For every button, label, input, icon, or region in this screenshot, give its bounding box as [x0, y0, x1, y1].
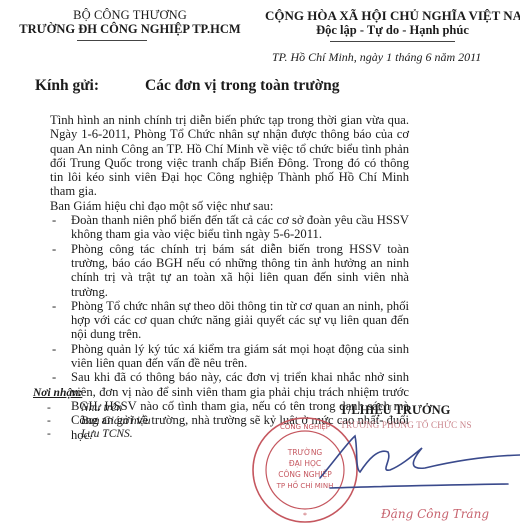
bullet-dash: - [52, 242, 56, 256]
directive-item: -Phòng công tác chính trị bám sát diễn b… [50, 242, 409, 299]
signer-name: Đặng Công Tráng [381, 507, 489, 521]
directive-item: -Đoàn thanh niên phổ biến đến tất cả các… [50, 213, 409, 242]
recipients-block: Nơi nhận: -Như trên -Ban Giám hiệu -Lưu … [33, 387, 151, 441]
handwritten-signature-icon [300, 430, 520, 510]
national-header: CỘNG HÒA XÃ HỘI CHỦ NGHĨA VIỆT NAM Độc l… [265, 8, 520, 42]
header-left-divider [77, 40, 147, 41]
recipient-item: -Lưu TCNS. [47, 428, 151, 441]
svg-text:*: * [303, 511, 307, 520]
directive-item: -Phòng Tổ chức nhân sự theo dõi thông ti… [50, 299, 409, 342]
bullet-dash: - [52, 342, 56, 356]
addressee-line: Kính gửi:Các đơn vị trong toàn trường [35, 77, 340, 95]
school-name: TRƯỜNG ĐH CÔNG NGHIỆP TP.HCM [0, 22, 260, 37]
recipient-item: -Như trên [47, 402, 151, 415]
ministry-name: BỘ CÔNG THƯƠNG [0, 8, 260, 22]
addressee-value: Các đơn vị trong toàn trường [145, 77, 340, 94]
national-motto: Độc lập - Tự do - Hạnh phúc [265, 23, 520, 38]
document-date: TP. Hồ Chí Minh, ngày 1 tháng 6 năm 2011 [272, 50, 481, 65]
recipient-item: -Ban Giám hiệu [47, 415, 151, 428]
republic-title: CỘNG HÒA XÃ HỘI CHỦ NGHĨA VIỆT NAM [265, 8, 520, 23]
directive-item: -Phòng quản lý ký túc xá kiểm tra giám s… [50, 342, 409, 371]
recipients-title: Nơi nhận: [33, 387, 151, 399]
bullet-dash: - [52, 299, 56, 313]
issuer-header: BỘ CÔNG THƯƠNG TRƯỜNG ĐH CÔNG NGHIỆP TP.… [0, 8, 260, 41]
document-page: BỘ CÔNG THƯƠNG TRƯỜNG ĐH CÔNG NGHIỆP TP.… [0, 0, 520, 527]
bullet-dash: - [52, 370, 56, 384]
intro-paragraph: Tình hình an ninh chính trị diễn biến ph… [50, 113, 409, 199]
addressee-label: Kính gửi: [35, 77, 145, 95]
bullet-dash: - [52, 213, 56, 227]
header-right-divider [330, 41, 455, 42]
directive-intro: Ban Giám hiệu chỉ đạo một số việc như sa… [50, 199, 409, 213]
recipients-list: -Như trên -Ban Giám hiệu -Lưu TCNS. [33, 402, 151, 441]
